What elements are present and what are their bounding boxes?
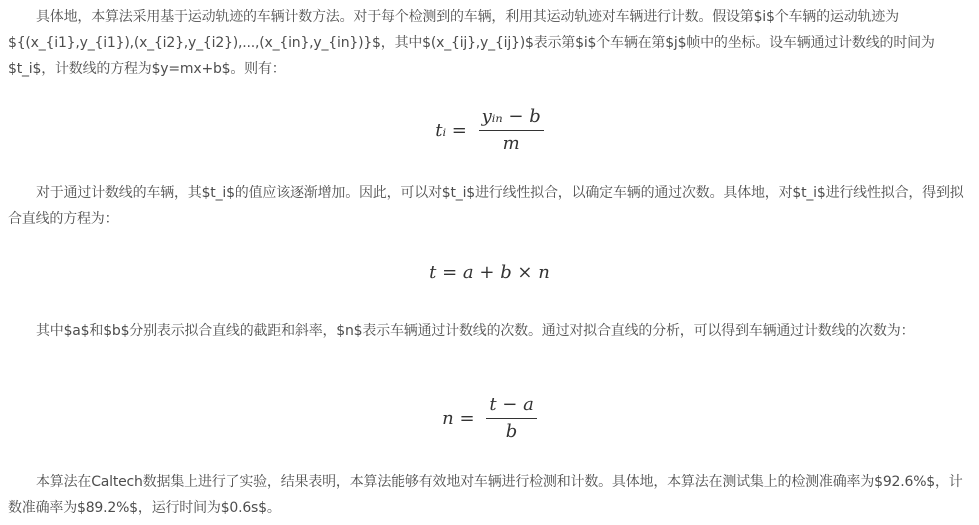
equation-ti: tᵢ = yᵢₙ − b m [0,106,979,155]
equation-fit-line: t = a + b × n [0,262,979,283]
fraction-numerator: yᵢₙ − b [479,106,544,131]
paragraph-intercept-slope: 其中$a$和$b$分别表示拟合直线的截距和斜率，$n$表示车辆通过计数线的次数。… [8,318,970,344]
document: 具体地，本算法采用基于运动轨迹的车辆计数方法。对于每个检测到的车辆，利用其运动轨… [0,0,979,525]
paragraph-experiment-results: 本算法在Caltech数据集上进行了实验，结果表明，本算法能够有效地对车辆进行检… [8,469,970,521]
equation-lhs: tᵢ = [435,120,467,141]
paragraph-trajectory-method: 具体地，本算法采用基于运动轨迹的车辆计数方法。对于每个检测到的车辆，利用其运动轨… [8,4,970,82]
fraction: yᵢₙ − b m [479,106,544,155]
fraction-denominator: m [503,131,520,155]
equation-n: n = t − a b [0,394,979,443]
fraction: t − a b [486,394,537,443]
paragraph-linear-fit: 对于通过计数线的车辆，其$t_i$的值应该逐渐增加。因此，可以对$t_i$进行线… [8,180,970,232]
fraction-denominator: b [506,419,518,443]
fraction-numerator: t − a [486,394,537,419]
equation-lhs: n = [442,408,474,429]
